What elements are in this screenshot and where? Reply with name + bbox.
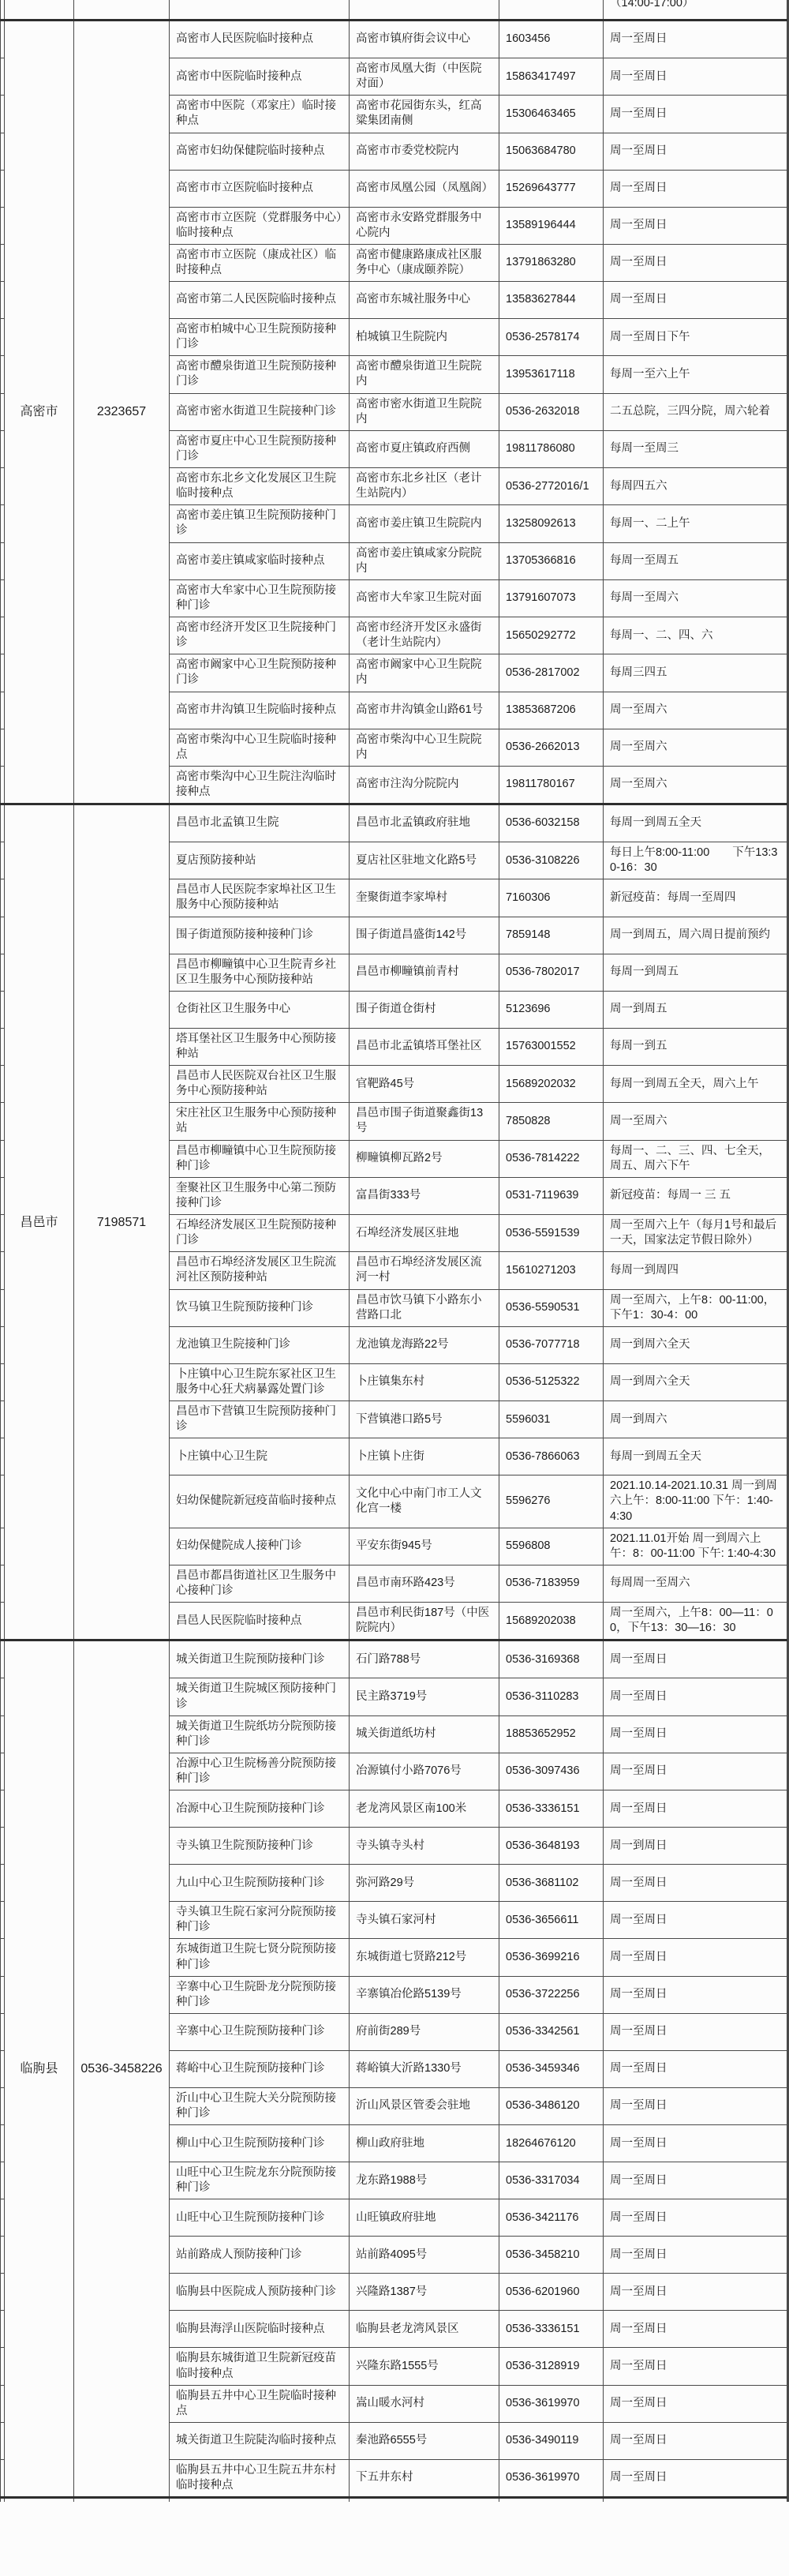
phone-cell: 5596031 (499, 1401, 604, 1438)
phone-cell: 0536-6032158 (499, 804, 604, 842)
stub-cell (1, 1103, 5, 1140)
address-cell: 城关街道纸坊村 (350, 1715, 499, 1753)
site-name-cell: 高密市夏庄中心卫生院预防接种门诊 (170, 430, 350, 467)
address-cell: 蒋峪镇大沂路1330号 (350, 2050, 499, 2087)
site-name-cell: 高密市妇幼保健院临时接种点 (170, 133, 350, 170)
address-cell: 沂山风景区管委会驻地 (350, 2087, 499, 2124)
phone-cell: 0536-3108226 (499, 842, 604, 879)
schedule-cell: 周一至周日 (604, 2311, 787, 2348)
schedule-cell: 周一至周日下午 (604, 319, 787, 356)
site-name-cell: 东城街道卫生院七贤分院预防接种门诊 (170, 1939, 350, 1976)
schedule-cell: 周一至周日 (604, 21, 787, 58)
phone-cell (499, 2498, 604, 2503)
phone-cell: 0536-5125322 (499, 1363, 604, 1400)
schedule-cell (604, 2498, 787, 2503)
schedule-cell: 每周一至周六 (604, 579, 787, 617)
address-cell: 龙池镇龙海路22号 (350, 1326, 499, 1363)
site-name-cell: 昌邑市石埠经济发展区卫生院流河社区预防接种站 (170, 1252, 350, 1289)
phone-cell: 5596276 (499, 1475, 604, 1528)
stub-cell (1, 1828, 5, 1865)
schedule-cell: 每周一至周三 (604, 430, 787, 467)
phone-cell: 0536-3699216 (499, 1939, 604, 1976)
phone-cell: 15063684780 (499, 133, 604, 170)
address-cell: 富昌街333号 (350, 1177, 499, 1214)
address-cell: 高密市东北乡社区（老计生站院内） (350, 468, 499, 505)
stub-cell (1, 2125, 5, 2162)
phone-cell: 0536-3421176 (499, 2199, 604, 2237)
vaccination-sites-table: （14:00-17:00） 高密市2323657高密市人民医院临时接种点高密市镇… (0, 0, 787, 2502)
address-cell (350, 2498, 499, 2503)
stub-cell (1, 2162, 5, 2199)
schedule-cell: 周一至周日 (604, 244, 787, 281)
schedule-cell: 周一到周五 (604, 991, 787, 1028)
schedule-cell: 周一至周日 (604, 2199, 787, 2237)
phone-cell: 15610271203 (499, 1252, 604, 1289)
site-name-cell: 围子街道预防接种接种门诊 (170, 917, 350, 954)
address-cell: 兴隆路1387号 (350, 2274, 499, 2311)
stub-cell (1, 1902, 5, 1939)
address-cell: 柳山政府驻地 (350, 2125, 499, 2162)
stub-cell (1, 1438, 5, 1475)
address-cell: 昌邑市柳疃镇前青村 (350, 954, 499, 991)
address-cell: 昌邑市石埠经济发展区流河一村 (350, 1252, 499, 1289)
schedule-cell: 每周一至周五 (604, 542, 787, 579)
stub-cell (1, 2274, 5, 2311)
phone-cell (499, 0, 604, 21)
address-cell: 寺头镇石家河村 (350, 1902, 499, 1939)
site-name-cell: 高密市中医院临时接种点 (170, 58, 350, 96)
schedule-cell: 周一至周六上午（每月1号和最后一天，国家法定节假日除外） (604, 1215, 787, 1252)
schedule-cell: 周一至周六 (604, 729, 787, 766)
site-name-cell: 高密市市立医院临时接种点 (170, 170, 350, 207)
address-cell: 民主路3719号 (350, 1678, 499, 1715)
phone-cell: 0536-5591539 (499, 1215, 604, 1252)
stub-cell (1, 1066, 5, 1103)
stub-cell (1, 282, 5, 319)
address-cell: 围子街道昌盛街142号 (350, 917, 499, 954)
phone-cell: 18853652952 (499, 1715, 604, 1753)
phone-cell: 15863417497 (499, 58, 604, 96)
address-cell: 石门路788号 (350, 1640, 499, 1678)
address-cell: 高密市东城社服务中心 (350, 282, 499, 319)
site-name-cell: 高密市市立医院（康成社区）临时接种点 (170, 244, 350, 281)
address-cell: 高密市夏庄镇政府西侧 (350, 430, 499, 467)
schedule-cell: 每周一、二、四、六 (604, 617, 787, 654)
phone-cell: 18264676120 (499, 2125, 604, 2162)
schedule-cell: 周一到周日 (604, 1828, 787, 1865)
site-name-cell: 高密市第二人民医院临时接种点 (170, 282, 350, 319)
stub-cell (1, 1603, 5, 1640)
phone-cell: 13583627844 (499, 282, 604, 319)
site-name-cell: 高密市柏城中心卫生院预防接种门诊 (170, 319, 350, 356)
address-cell: 昌邑市南环路423号 (350, 1565, 499, 1602)
phone-cell: 0536-7802017 (499, 954, 604, 991)
site-name-cell: 高密市井沟镇卫生院临时接种点 (170, 692, 350, 729)
site-name-cell: 高密市柴沟中心卫生院注沟临时接种点 (170, 766, 350, 804)
site-name-cell: 高密市东北乡文化发展区卫生院临时接种点 (170, 468, 350, 505)
stub-cell (1, 917, 5, 954)
stub-cell (1, 1678, 5, 1715)
stub-cell (1, 58, 5, 96)
stub-cell (1, 393, 5, 430)
stub-cell (1, 2385, 5, 2422)
address-cell: 昌邑市北孟镇政府驻地 (350, 804, 499, 842)
stub-cell (1, 2311, 5, 2348)
site-name-cell: 高密市密水街道卫生院接种门诊 (170, 393, 350, 430)
phone-cell: 0536-3619970 (499, 2385, 604, 2422)
code-cell (74, 0, 170, 21)
schedule-cell: 每周四五六 (604, 468, 787, 505)
schedule-cell: 新冠疫苗：每周一 三 五 (604, 1177, 787, 1214)
site-name-cell: 昌邑市人民医院李家埠社区卫生服务中心预防接种站 (170, 879, 350, 917)
site-name-cell: 寺头镇卫生院石家河分院预防接种门诊 (170, 1902, 350, 1939)
stub-cell (1, 430, 5, 467)
address-cell: 下营镇港口路5号 (350, 1401, 499, 1438)
schedule-cell: 周一到周六全天 (604, 1326, 787, 1363)
phone-cell: 0536-3336151 (499, 2311, 604, 2348)
phone-cell: 13589196444 (499, 207, 604, 244)
phone-cell: 0536-3342561 (499, 2013, 604, 2050)
stub-cell (1, 954, 5, 991)
code-cell: 0536-3458226 (74, 1640, 170, 2498)
stub-cell (1, 356, 5, 393)
site-name-cell: 奎聚社区卫生服务中心第二预防接种门诊 (170, 1177, 350, 1214)
phone-cell: 15689202032 (499, 1066, 604, 1103)
address-cell: 昌邑市北孟镇塔耳堡社区 (350, 1028, 499, 1065)
phone-cell: 0536-6201960 (499, 2274, 604, 2311)
phone-cell: 13705366816 (499, 542, 604, 579)
address-cell: 卜庄镇卜庄街 (350, 1438, 499, 1475)
schedule-cell: 周一至周六 (604, 1103, 787, 1140)
stub-cell (1, 1177, 5, 1214)
schedule-cell: 周一至周六 (604, 766, 787, 804)
address-cell: 高密市镇府街会议中心 (350, 21, 499, 58)
site-name-cell: 昌邑市都昌街道社区卫生服务中心接种门诊 (170, 1565, 350, 1602)
site-name-cell: 饮马镇卫生院预防接种门诊 (170, 1289, 350, 1326)
stub-cell (1, 766, 5, 804)
site-name-cell: 昌邑市下营镇卫生院预防接种门诊 (170, 1401, 350, 1438)
phone-cell: 13258092613 (499, 505, 604, 542)
phone-cell: 15269643777 (499, 170, 604, 207)
site-name-cell: 昌邑市柳疃镇中心卫生院预防接种门诊 (170, 1140, 350, 1177)
stub-cell (1, 1715, 5, 1753)
schedule-cell: 每周一到周五全天 (604, 804, 787, 842)
address-cell: 卜庄镇集东村 (350, 1363, 499, 1400)
phone-cell: 5123696 (499, 991, 604, 1028)
address-cell: 东城街道七贤路212号 (350, 1939, 499, 1976)
schedule-cell: 周一至周日 (604, 2274, 787, 2311)
site-name-cell: 宋庄社区卫生服务中心预防接种站 (170, 1103, 350, 1140)
schedule-cell: 每周一到周四 (604, 1252, 787, 1289)
address-cell: 石埠经济发展区驻地 (350, 1215, 499, 1252)
address-cell: 临朐县老龙湾风景区 (350, 2311, 499, 2348)
address-cell: 寺头镇寺头村 (350, 1828, 499, 1865)
site-name-cell: 昌邑市北孟镇卫生院 (170, 804, 350, 842)
address-cell: 冶源镇付小路7076号 (350, 1753, 499, 1790)
schedule-cell: 周一至周日 (604, 207, 787, 244)
schedule-cell: 每日上午8:00-11:00 下午13:30-16：30 (604, 842, 787, 879)
site-name-cell: 站前路成人预防接种门诊 (170, 2237, 350, 2274)
site-name-cell: 昌邑市柳疃镇中心卫生院青乡社区卫生服务中心预防接种站 (170, 954, 350, 991)
address-cell: 高密市花园街东头，红高粱集团南侧 (350, 96, 499, 133)
address-cell: 府前街289号 (350, 2013, 499, 2050)
phone-cell: 0536-3486120 (499, 2087, 604, 2124)
schedule-cell: 周一至周日 (604, 1753, 787, 1790)
schedule-cell: 周一至周日 (604, 2385, 787, 2422)
site-name-cell: 柳山中心卫生院预防接种门诊 (170, 2125, 350, 2162)
schedule-cell: 周一至周日 (604, 2348, 787, 2385)
phone-cell: 15650292772 (499, 617, 604, 654)
phone-cell: 0536-2632018 (499, 393, 604, 430)
clipped-top-row: （14:00-17:00） (1, 0, 787, 21)
address-cell: 昌邑市围子街道聚鑫街13号 (350, 1103, 499, 1140)
phone-cell: 0536-3681102 (499, 1865, 604, 1902)
schedule-cell: 周一至周日 (604, 1678, 787, 1715)
schedule-cell: 周一至周日 (604, 2125, 787, 2162)
schedule-cell: 周一至周六，上午8：00-11:00，下午1：30-4：00 (604, 1289, 787, 1326)
schedule-cell: 周一至周日 (604, 1902, 787, 1939)
site-name-cell: 仓街社区卫生服务中心 (170, 991, 350, 1028)
stub-cell (1, 1528, 5, 1565)
stub-cell (1, 1939, 5, 1976)
address-cell: 柏城镇卫生院院内 (350, 319, 499, 356)
stub-cell (1, 1289, 5, 1326)
schedule-cell: 周一到周五，周六周日提前预约 (604, 917, 787, 954)
schedule-cell: 每周一至六上午 (604, 356, 787, 393)
stub-cell (1, 2199, 5, 2237)
phone-cell: 5596808 (499, 1528, 604, 1565)
code-cell: 7198571 (74, 804, 170, 1640)
stub-cell (1, 1215, 5, 1252)
stub-cell (1, 2237, 5, 2274)
stub-cell (1, 1790, 5, 1828)
site-name-cell: 辛寨中心卫生院预防接种门诊 (170, 2013, 350, 2050)
city-cell (5, 2498, 74, 2503)
stub-cell (1, 207, 5, 244)
address-cell: 高密市健康路康成社区服务中心（康成颐养院） (350, 244, 499, 281)
address-cell (350, 0, 499, 21)
phone-cell: 0531-7119639 (499, 1177, 604, 1214)
address-cell: 站前路4095号 (350, 2237, 499, 2274)
address-cell: 奎聚街道李家埠村 (350, 879, 499, 917)
city-cell: 高密市 (5, 21, 74, 804)
schedule-cell: 周一至周日 (604, 2013, 787, 2050)
schedule-cell: 每周周一至周六 (604, 1565, 787, 1602)
site-name-cell: 城关街道卫生院纸坊分院预防接种门诊 (170, 1715, 350, 1753)
city-cell: 昌邑市 (5, 804, 74, 1640)
clipped-schedule-text: （14:00-17:00） (610, 0, 780, 11)
schedule-cell: 周一到周六 (604, 1401, 787, 1438)
site-name-cell: 高密市市立医院（党群服务中心）临时接种点 (170, 207, 350, 244)
stub-cell (1, 133, 5, 170)
address-cell: 兴隆东路1555号 (350, 2348, 499, 2385)
site-name-cell: 高密市姜庄镇卫生院预防接种门诊 (170, 505, 350, 542)
phone-cell: 13953617118 (499, 356, 604, 393)
site-name-cell: 龙池镇卫生院接种门诊 (170, 1326, 350, 1363)
phone-cell: 0536-3722256 (499, 1976, 604, 2013)
stub-cell (1, 1326, 5, 1363)
address-cell: 高密市阚家中心卫生院院内 (350, 654, 499, 692)
schedule-cell: 周一至周六 (604, 692, 787, 729)
phone-cell: 0536-3317034 (499, 2162, 604, 2199)
phone-cell: 0536-3128919 (499, 2348, 604, 2385)
schedule-cell: 周一至周日 (604, 2050, 787, 2087)
site-name-cell: 高密市阚家中心卫生院预防接种门诊 (170, 654, 350, 692)
phone-cell: 13791607073 (499, 579, 604, 617)
stub-cell (1, 1028, 5, 1065)
site-name-cell: 昌邑市人民医院双台社区卫生服务中心预防接种站 (170, 1066, 350, 1103)
stub-cell (1, 2459, 5, 2497)
address-cell: 平安东街945号 (350, 1528, 499, 1565)
site-name-cell (170, 2498, 350, 2503)
site-row: 高密市2323657高密市人民医院临时接种点高密市镇府街会议中心1603456周… (1, 21, 787, 58)
phone-cell: 0536-5590531 (499, 1289, 604, 1326)
site-name-cell: 塔耳堡社区卫生服务中心预防接种站 (170, 1028, 350, 1065)
address-cell: 高密市凤凰公园（凤凰阁） (350, 170, 499, 207)
address-cell: 柳疃镇柳瓦路2号 (350, 1140, 499, 1177)
phone-cell: 13853687206 (499, 692, 604, 729)
phone-cell: 1603456 (499, 21, 604, 58)
schedule-cell: 每周一到周五全天，周六上午 (604, 1066, 787, 1103)
city-cell (5, 0, 74, 21)
phone-cell: 0536-7866063 (499, 1438, 604, 1475)
address-cell: 高密市经济开发区永盛街（老计生站院内） (350, 617, 499, 654)
schedule-cell: 每周一、二上午 (604, 505, 787, 542)
schedule-cell: 周一至周日 (604, 1976, 787, 2013)
stub-cell (1, 1140, 5, 1177)
address-cell: 秦池路6555号 (350, 2422, 499, 2459)
schedule-cell: 周一至周日 (604, 2162, 787, 2199)
site-name-cell: 高密市人民医院临时接种点 (170, 21, 350, 58)
address-cell: 高密市密水街道卫生院院内 (350, 393, 499, 430)
schedule-cell: 周一至周日 (604, 282, 787, 319)
phone-cell: 0536-3619970 (499, 2459, 604, 2497)
schedule-cell: 周一至周日 (604, 133, 787, 170)
stub-cell (1, 542, 5, 579)
address-cell: 辛寨镇冶伦路5139号 (350, 1976, 499, 2013)
stub-cell (1, 991, 5, 1028)
phone-cell: 15689202038 (499, 1603, 604, 1640)
address-cell: 高密市醴泉街道卫生院院内 (350, 356, 499, 393)
phone-cell: 13791863280 (499, 244, 604, 281)
site-name-cell: 高密市中医院（邓家庄）临时接种点 (170, 96, 350, 133)
schedule-cell: 周一至周日 (604, 2087, 787, 2124)
schedule-cell: 二五总院，三四分院，周六轮着 (604, 393, 787, 430)
stub-cell (1, 879, 5, 917)
address-cell: 下五井东村 (350, 2459, 499, 2497)
stub-cell (1, 729, 5, 766)
site-name-cell: 临朐县五井中心卫生院临时接种点 (170, 2385, 350, 2422)
vaccination-sites-document: （14:00-17:00） 高密市2323657高密市人民医院临时接种点高密市镇… (0, 0, 789, 2502)
schedule-cell: 周一至周六，上午8：00—11：00，下午13：30—16：30 (604, 1603, 787, 1640)
stub-cell (1, 617, 5, 654)
site-name-cell: 妇幼保健院新冠疫苗临时接种点 (170, 1475, 350, 1528)
site-name-cell: 辛寨中心卫生院卧龙分院预防接种门诊 (170, 1976, 350, 2013)
site-name-cell: 九山中心卫生院预防接种门诊 (170, 1865, 350, 1902)
site-name-cell: 妇幼保健院成人接种门诊 (170, 1528, 350, 1565)
site-name-cell: 临朐县东城街道卫生院新冠疫苗临时接种点 (170, 2348, 350, 2385)
address-cell: 高密市永安路党群服务中心院内 (350, 207, 499, 244)
address-cell: 昌邑市利民街187号（中医院院内） (350, 1603, 499, 1640)
site-name-cell: 临朐县五井中心卫生院五井东村临时接种点 (170, 2459, 350, 2497)
stub-cell (1, 2050, 5, 2087)
stub-cell (1, 1976, 5, 2013)
stub-cell (1, 1753, 5, 1790)
stub-cell (1, 2348, 5, 2385)
site-name-cell: 沂山中心卫生院大关分院预防接种门诊 (170, 2087, 350, 2124)
stub-cell (1, 1865, 5, 1902)
site-name-cell: 山旺中心卫生院预防接种门诊 (170, 2199, 350, 2237)
schedule-cell: （14:00-17:00） (604, 0, 787, 21)
stub-cell (1, 2087, 5, 2124)
city-cell: 临朐县 (5, 1640, 74, 2498)
address-cell: 文化中心中南门市工人文化宫一楼 (350, 1475, 499, 1528)
site-name-cell: 高密市经济开发区卫生院接种门诊 (170, 617, 350, 654)
site-name-cell: 城关街道卫生院预防接种门诊 (170, 1640, 350, 1678)
schedule-cell: 周一至周日 (604, 2459, 787, 2497)
phone-cell: 0536-2817002 (499, 654, 604, 692)
address-cell: 高密市井沟镇金山路61号 (350, 692, 499, 729)
address-cell: 夏店社区驻地文化路5号 (350, 842, 499, 879)
address-cell: 官靶路45号 (350, 1066, 499, 1103)
schedule-cell: 2021.10.14-2021.10.31 周一到周六上午：8:00-11:00… (604, 1475, 787, 1528)
schedule-cell: 周一至周日 (604, 1640, 787, 1678)
site-name-cell: 石埠经济发展区卫生院预防接种门诊 (170, 1215, 350, 1252)
address-cell: 高密市市委党校院内 (350, 133, 499, 170)
phone-cell: 0536-3648193 (499, 1828, 604, 1865)
phone-cell: 15306463465 (499, 96, 604, 133)
address-cell: 高密市注沟分院院内 (350, 766, 499, 804)
site-name-cell: 城关街道卫生院陡沟临时接种点 (170, 2422, 350, 2459)
address-cell: 昌邑市饮马镇下小路东小营路口北 (350, 1289, 499, 1326)
address-cell: 围子街道仓街村 (350, 991, 499, 1028)
schedule-cell: 每周一到五 (604, 1028, 787, 1065)
site-name-cell: 昌邑人民医院临时接种点 (170, 1603, 350, 1640)
phone-cell: 0536-7183959 (499, 1565, 604, 1602)
site-name-cell: 高密市柴沟中心卫生院临时接种点 (170, 729, 350, 766)
phone-cell: 0536-2662013 (499, 729, 604, 766)
phone-cell: 19811786080 (499, 430, 604, 467)
site-name-cell: 夏店预防接种站 (170, 842, 350, 879)
phone-cell: 0536-3097436 (499, 1753, 604, 1790)
phone-cell: 0536-2772016/1 (499, 468, 604, 505)
phone-cell: 0536-3169368 (499, 1640, 604, 1678)
address-cell: 嵩山暖水河村 (350, 2385, 499, 2422)
address-cell: 高密市姜庄镇咸家分院院内 (350, 542, 499, 579)
schedule-cell: 周一到周六全天 (604, 1363, 787, 1400)
phone-cell: 0536-3656611 (499, 1902, 604, 1939)
site-name-cell: 城关街道卫生院城区预防接种门诊 (170, 1678, 350, 1715)
phone-cell: 0536-3459346 (499, 2050, 604, 2087)
site-name-cell: 高密市大牟家中心卫生院预防接种门诊 (170, 579, 350, 617)
schedule-cell: 周一至周日 (604, 1715, 787, 1753)
phone-cell: 15763001552 (499, 1028, 604, 1065)
schedule-cell: 周一至周日 (604, 96, 787, 133)
stub-cell (1, 244, 5, 281)
stub-cell (1, 1475, 5, 1528)
site-name-cell: 冶源中心卫生院预防接种门诊 (170, 1790, 350, 1828)
address-cell: 高密市柴沟中心卫生院院内 (350, 729, 499, 766)
code-cell: 2323657 (74, 21, 170, 804)
stub-cell (1, 319, 5, 356)
schedule-cell: 周一至周日 (604, 2422, 787, 2459)
site-name-cell: 寺头镇卫生院预防接种门诊 (170, 1828, 350, 1865)
phone-cell: 0536-3110283 (499, 1678, 604, 1715)
stub-cell (1, 1252, 5, 1289)
site-name-cell: 冶源中心卫生院杨善分院预防接种门诊 (170, 1753, 350, 1790)
stub-cell (1, 692, 5, 729)
phone-cell: 0536-7077718 (499, 1326, 604, 1363)
